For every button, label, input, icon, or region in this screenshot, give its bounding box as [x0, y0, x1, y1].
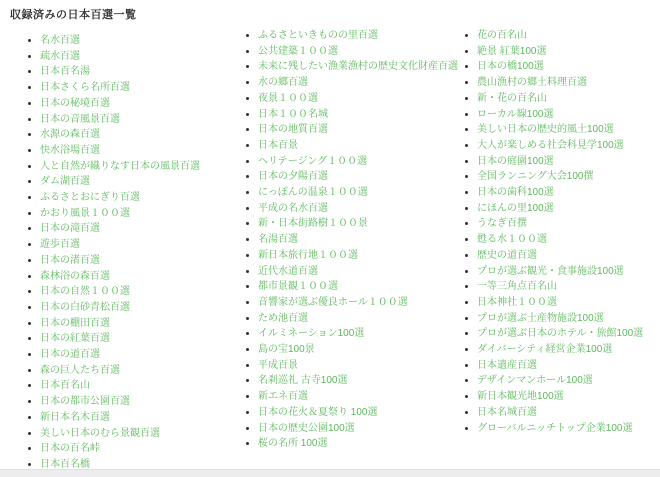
list-item: 日本の渚百選: [40, 253, 228, 269]
list-item: 名水百選: [40, 33, 228, 49]
list-item: 音響家が選ぶ優良ホール１００選: [258, 295, 447, 311]
footer-strip: [0, 469, 660, 477]
list-item: 日本の道百選: [40, 347, 228, 363]
list-item: 日本の秘境百選: [40, 96, 228, 112]
selection-link[interactable]: 日本の棚田百選: [40, 318, 110, 329]
list-item: ダイバーシティ経営企業100選: [477, 342, 660, 358]
list-item: 快水浴場百選: [40, 143, 228, 159]
selection-link[interactable]: 日本の秘境百選: [40, 98, 110, 109]
selection-link[interactable]: グローバルニッチトップ企業100選: [477, 423, 632, 434]
selection-link[interactable]: 日本名城百選: [477, 407, 537, 418]
selection-link[interactable]: にほんの里100選: [477, 203, 554, 214]
selection-link[interactable]: 花の百名山: [477, 30, 527, 41]
list-item: 水の郷百選: [258, 75, 447, 91]
selection-link[interactable]: 日本の地質百選: [258, 124, 328, 135]
list-item: にっぽんの温泉１００選: [258, 185, 447, 201]
selection-link[interactable]: 新日本旅行地１００選: [258, 250, 358, 261]
selection-link[interactable]: 日本の自然１００選: [40, 286, 130, 297]
selection-link[interactable]: 日本の橋100選: [477, 61, 544, 72]
selection-link[interactable]: 日本の滝百選: [40, 223, 100, 234]
selection-link[interactable]: 農山漁村の郷土料理百選: [477, 77, 587, 88]
list-item: 美しい日本の歴史的風土100選: [477, 122, 660, 138]
list-item: 新日本旅行地１００選: [258, 248, 447, 264]
list-item: 森の巨人たち百選: [40, 363, 228, 379]
list-item: 森林浴の森百選: [40, 269, 228, 285]
list-item: 日本の夕陽百選: [258, 169, 447, 185]
list-item: 日本遺産百選: [477, 358, 660, 374]
selection-link[interactable]: 日本の夕陽百選: [258, 171, 328, 182]
selection-link[interactable]: 新・日本街路樹１００景: [258, 218, 368, 229]
selection-link[interactable]: 日本百景: [258, 140, 298, 151]
selection-link[interactable]: デザインマンホール100選: [477, 375, 593, 386]
list-item: 疏水百選: [40, 49, 228, 65]
selection-link[interactable]: 日本の歴史公園100選: [258, 423, 355, 434]
list-item: かおり風景１００選: [40, 206, 228, 222]
list-item: 日本の自然１００選: [40, 284, 228, 300]
selection-link[interactable]: 美しい日本の歴史的風土100選: [477, 124, 614, 135]
list-item: 一等三角点百名山: [477, 279, 660, 295]
list-item: 水源の森百選: [40, 127, 228, 143]
selection-link[interactable]: ため池百選: [258, 313, 308, 324]
selection-link[interactable]: 日本の白砂青松百選: [40, 302, 130, 313]
list-item: 遊歩百選: [40, 237, 228, 253]
list-item: 日本の音風景百選: [40, 112, 228, 128]
selection-link[interactable]: プロが選ぶ土産物施設100選: [477, 313, 604, 324]
selection-list-column-3: 花の百名山絶景 紅葉100選日本の橋100選農山漁村の郷土料理百選新・花の百名山…: [447, 28, 660, 436]
list-item: 島の宝100景: [258, 342, 447, 358]
list-item: 花の百名山: [477, 28, 660, 44]
selection-link[interactable]: ローカル線100選: [477, 109, 554, 120]
list-item: 日本名城百選: [477, 405, 660, 421]
selection-link[interactable]: 名水百選: [40, 35, 80, 46]
selection-link[interactable]: にっぽんの温泉１００選: [258, 187, 368, 198]
list-item: ローカル線100選: [477, 107, 660, 123]
selection-link[interactable]: イルミネーション100選: [258, 328, 364, 339]
selection-link[interactable]: ふるさとおにぎり百選: [40, 192, 140, 203]
selection-link[interactable]: 日本の紅葉百選: [40, 333, 110, 344]
selection-link[interactable]: 人と自然が織りなす日本の風景百選: [40, 161, 200, 172]
selection-link[interactable]: 疏水百選: [40, 51, 80, 62]
list-item: ため池百選: [258, 311, 447, 327]
list-item: 人と自然が織りなす日本の風景百選: [40, 159, 228, 175]
list-item: プロが選ぶ日本のホテル・旅館100選: [477, 326, 660, 342]
selection-link[interactable]: 音響家が選ぶ優良ホール１００選: [258, 297, 408, 308]
selection-link[interactable]: 新・花の百名山: [477, 93, 547, 104]
selection-link[interactable]: 平成百景: [258, 360, 298, 371]
selection-link[interactable]: ダム湖百選: [40, 176, 90, 187]
list-item: 名湯百選: [258, 232, 447, 248]
page: 収録済みの日本百選一覧 名水百選疏水百選日本百名湯日本さくら名所百選日本の秘境百…: [0, 0, 660, 477]
selection-link[interactable]: ダイバーシティ経営企業100選: [477, 344, 612, 355]
selection-link[interactable]: 新日本名木百選: [40, 412, 110, 423]
selection-link[interactable]: 日本の百名峠: [40, 443, 100, 454]
list-item: 日本神社１００選: [477, 295, 660, 311]
selection-link[interactable]: 桜の名所 100選: [258, 438, 327, 449]
list-item: 平成の名水百選: [258, 201, 447, 217]
selection-link[interactable]: 名湯百選: [258, 234, 298, 245]
selection-link[interactable]: 森の巨人たち百選: [40, 365, 120, 376]
selection-link[interactable]: 日本の都市公園百選: [40, 396, 130, 407]
selection-link[interactable]: 日本の庭園100選: [477, 156, 554, 167]
list-item: 日本の地質百選: [258, 122, 447, 138]
list-item: 日本の都市公園百選: [40, 394, 228, 410]
list-item: 名刹巡礼 古寺100選: [258, 373, 447, 389]
selection-link[interactable]: 都市景観１００選: [258, 281, 338, 292]
page-title: 収録済みの日本百選一覧: [10, 6, 660, 22]
selection-link[interactable]: 全国ランニング大会100撰: [477, 171, 594, 182]
list-item: 日本の花火＆夏祭り 100選: [258, 405, 447, 421]
list-item: 日本１００名城: [258, 107, 447, 123]
selection-link[interactable]: 一等三角点百名山: [477, 281, 557, 292]
list-item: 歴史の道百選: [477, 248, 660, 264]
selection-link[interactable]: 甦る水１００選: [477, 234, 547, 245]
list-item: 絶景 紅葉100選: [477, 44, 660, 60]
list-item: 桜の名所 100選: [258, 436, 447, 452]
list-item: うなぎ百撰: [477, 216, 660, 232]
selection-link[interactable]: 平成の名水百選: [258, 203, 328, 214]
list-item: 近代水道百選: [258, 264, 447, 280]
list-item: 全国ランニング大会100撰: [477, 169, 660, 185]
list-item: 新・花の百名山: [477, 91, 660, 107]
list-item: グローバルニッチトップ企業100選: [477, 421, 660, 437]
selection-link[interactable]: 夜景１００選: [258, 93, 318, 104]
list-item: 美しい日本のむら景観百選: [40, 426, 228, 442]
selection-link[interactable]: 歴史の道百選: [477, 250, 537, 261]
selection-link[interactable]: うなぎ百撰: [477, 218, 527, 229]
list-item: 日本百名湯: [40, 64, 228, 80]
selection-link[interactable]: 日本百名湯: [40, 66, 90, 77]
list-item: 都市景観１００選: [258, 279, 447, 295]
selection-link[interactable]: 日本の歯科100選: [477, 187, 554, 198]
list-item: 農山漁村の郷土料理百選: [477, 75, 660, 91]
selection-link[interactable]: ヘリテージング１００選: [258, 156, 367, 167]
selection-link[interactable]: 新日本観光地100選: [477, 391, 564, 402]
selection-link[interactable]: プロが選ぶ日本のホテル・旅館100選: [477, 328, 643, 339]
selection-link[interactable]: 日本百名山: [40, 380, 90, 391]
list-item: 日本の庭園100選: [477, 154, 660, 170]
list-item: イルミネーション100選: [258, 326, 447, 342]
list-item: 未来に残したい漁業漁村の歴史文化財産百選: [258, 59, 447, 75]
selection-link[interactable]: 水の郷百選: [258, 77, 308, 88]
selection-link[interactable]: 森林浴の森百選: [40, 271, 110, 282]
list-item: 新日本観光地100選: [477, 389, 660, 405]
list-item: 日本の滝百選: [40, 221, 228, 237]
selection-link[interactable]: 新エネ百選: [258, 391, 308, 402]
list-item: 大人が楽しめる社会科見学100選: [477, 138, 660, 154]
selection-link[interactable]: 水源の森百選: [40, 129, 100, 140]
list-item: 日本の橋100選: [477, 59, 660, 75]
list-item: 公共建築１００選: [258, 44, 447, 60]
list-item: 日本の棚田百選: [40, 316, 228, 332]
list-item: ヘリテージング１００選: [258, 154, 447, 170]
selection-link[interactable]: 日本の音風景百選: [40, 114, 120, 125]
list-item: 日本百景: [258, 138, 447, 154]
selection-link[interactable]: 日本神社１００選: [477, 297, 557, 308]
list-item: ふるさといきものの里百選: [258, 28, 447, 44]
selection-list-column-2: ふるさといきものの里百選公共建築１００選未来に残したい漁業漁村の歴史文化財産百選…: [228, 28, 447, 452]
selection-link[interactable]: 未来に残したい漁業漁村の歴史文化財産百選: [258, 61, 458, 72]
selection-link[interactable]: 大人が楽しめる社会科見学100選: [477, 140, 624, 151]
selection-link[interactable]: 近代水道百選: [258, 266, 318, 277]
list-item: 夜景１００選: [258, 91, 447, 107]
list-item: 新エネ百選: [258, 389, 447, 405]
selection-link[interactable]: 島の宝100景: [258, 344, 315, 355]
list-item: 新日本名木百選: [40, 410, 228, 426]
list-item: 新・日本街路樹１００景: [258, 216, 447, 232]
list-item: 日本の歴史公園100選: [258, 421, 447, 437]
list-item: ダム湖百選: [40, 174, 228, 190]
list-item: 平成百景: [258, 358, 447, 374]
selection-link[interactable]: 絶景 紅葉100選: [477, 46, 546, 57]
selection-link[interactable]: 日本１００名城: [258, 109, 328, 120]
selection-link[interactable]: 日本さくら名所百選: [40, 82, 130, 93]
selection-link[interactable]: 日本の花火＆夏祭り 100選: [258, 407, 377, 418]
list-item: プロが選ぶ観光・食事施設100選: [477, 264, 660, 280]
selection-link[interactable]: 快水浴場百選: [40, 145, 100, 156]
list-item: 日本の歯科100選: [477, 185, 660, 201]
selection-link[interactable]: ふるさといきものの里百選: [258, 30, 378, 41]
selection-link[interactable]: かおり風景１００選: [40, 208, 130, 219]
selection-link[interactable]: 公共建築１００選: [258, 46, 338, 57]
list-item: にほんの里100選: [477, 201, 660, 217]
selection-columns: 名水百選疏水百選日本百名湯日本さくら名所百選日本の秘境百選日本の音風景百選水源の…: [10, 28, 660, 473]
selection-link[interactable]: 遊歩百選: [40, 239, 80, 250]
selection-link[interactable]: 日本の道百選: [40, 349, 100, 360]
selection-link[interactable]: 名刹巡礼 古寺100選: [258, 375, 347, 386]
selection-link[interactable]: プロが選ぶ観光・食事施設100選: [477, 266, 624, 277]
selection-link[interactable]: 日本の渚百選: [40, 255, 100, 266]
list-item: 日本さくら名所百選: [40, 80, 228, 96]
list-item: 日本百名山: [40, 378, 228, 394]
selection-link[interactable]: 美しい日本のむら景観百選: [40, 428, 160, 439]
list-item: プロが選ぶ土産物施設100選: [477, 311, 660, 327]
list-item: 日本の百名峠: [40, 441, 228, 457]
list-item: デザインマンホール100選: [477, 373, 660, 389]
list-item: ふるさとおにぎり百選: [40, 190, 228, 206]
selection-list-column-1: 名水百選疏水百選日本百名湯日本さくら名所百選日本の秘境百選日本の音風景百選水源の…: [10, 33, 228, 473]
list-item: 日本の白砂青松百選: [40, 300, 228, 316]
list-item: 日本の紅葉百選: [40, 331, 228, 347]
list-item: 甦る水１００選: [477, 232, 660, 248]
selection-link[interactable]: 日本遺産百選: [477, 360, 537, 371]
